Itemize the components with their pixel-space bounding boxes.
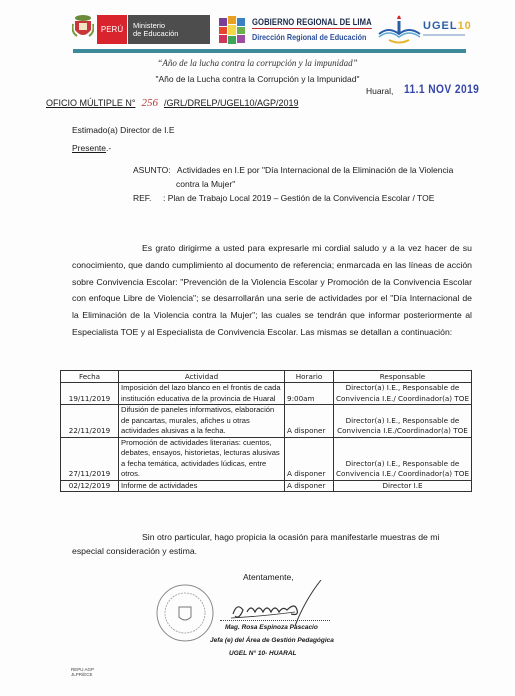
ugel-tagline-rule: [423, 34, 465, 36]
ugel-logo-text: UGEL10: [423, 20, 472, 32]
header-horario: Horario: [285, 371, 334, 383]
peru-label: PERÚ: [101, 25, 123, 34]
cell-fecha: 27/11/2019: [61, 437, 119, 480]
header-actividad: Actividad: [119, 371, 285, 383]
ref-label: REF.: [133, 193, 163, 203]
ugel-label: UGEL: [423, 20, 458, 32]
signature-icon: [225, 580, 335, 630]
oficio-reference: OFICIO MÚLTIPLE N°256/GRL/DRELP/UGEL10/A…: [46, 97, 299, 109]
recipient: Estimado(a) Director de I.E: [72, 125, 175, 135]
presente-suffix: .-: [106, 143, 111, 153]
cell-responsable: Director(a) I.E., Responsable de Convive…: [334, 405, 472, 438]
cell-actividad: Informe de actividades: [119, 480, 285, 492]
year-motto-italic: “Año de la lucha contra la corrupción y …: [0, 58, 515, 68]
table-header-row: Fecha Actividad Horario Responsable: [61, 371, 472, 383]
ugel-number: 10: [458, 20, 472, 32]
cell-horario: A disponer: [285, 480, 334, 492]
closing-paragraph: Sin otro particular, hago propicia la oc…: [72, 530, 472, 558]
ministry-brand-box: Ministerio de Educación: [128, 15, 210, 44]
cell-responsable: Director(a) I.E., Responsable de Convive…: [334, 437, 472, 480]
peru-brand-box: PERÚ: [97, 15, 127, 44]
footer-ref-line2: JLPR/ECE: [71, 672, 94, 677]
oficio-number: 256: [135, 97, 164, 109]
body-paragraph: Es grato dirigirme a usted para expresar…: [72, 240, 472, 341]
signatory-role: Jefa (e) del Área de Gestión Pedagógica: [210, 637, 334, 644]
reference: REF.: Plan de Trabajo Local 2019 – Gesti…: [133, 193, 434, 203]
asunto-line1: Actividades en I.E por "Día Internaciona…: [177, 165, 453, 175]
official-seal-icon: [155, 583, 215, 643]
cell-responsable: Director(a) I.E., Responsable de Convive…: [334, 383, 472, 405]
cell-fecha: 19/11/2019: [61, 383, 119, 405]
cell-actividad: Promoción de actividades literarias: cue…: [119, 437, 285, 480]
signatory-org: UGEL N° 10- HUARAL: [229, 650, 297, 657]
peru-coat-of-arms-icon: [72, 14, 94, 40]
table-row: 22/11/2019 Difusión de paneles informati…: [61, 405, 472, 438]
cell-actividad: Imposición del lazo blanco en el frontis…: [119, 383, 285, 405]
ugel-book-torch-icon: [377, 12, 422, 45]
oficio-prefix: OFICIO MÚLTIPLE N°: [46, 98, 135, 108]
signatory-name: Mag. Rosa Espinoza Pascacio: [225, 624, 318, 631]
cell-responsable: Director I.E: [334, 480, 472, 492]
ref-text: : Plan de Trabajo Local 2019 – Gestión d…: [163, 193, 434, 203]
signature-line: [220, 620, 330, 621]
table-row: 19/11/2019 Imposición del lazo blanco en…: [61, 383, 472, 405]
place-label: Huaral,: [366, 86, 393, 96]
asunto-label: ASUNTO:: [133, 163, 175, 177]
cell-fecha: 22/11/2019: [61, 405, 119, 438]
header-fecha: Fecha: [61, 371, 119, 383]
oficio-suffix: /GRL/DRELP/UGEL10/AGP/2019: [164, 98, 299, 108]
date-stamp: 11.1 NOV 2019: [404, 82, 479, 96]
direccion-regional-subtitle: Dirección Regional de Educación: [252, 32, 366, 42]
gobierno-regional-title: GOBIERNO REGIONAL DE LIMA: [252, 17, 372, 29]
asunto: ASUNTO: Actividades en I.E por "Día Inte…: [133, 163, 478, 191]
gobierno-regional-logo-icon: [219, 16, 245, 44]
header-divider: [73, 49, 466, 53]
table-row: 27/11/2019 Promoción de actividades lite…: [61, 437, 472, 480]
table-row: 02/12/2019 Informe de actividades A disp…: [61, 480, 472, 492]
asunto-line2: contra la Mujer": [133, 177, 478, 191]
ministry-line2: de Educación: [133, 30, 210, 38]
cell-fecha: 02/12/2019: [61, 480, 119, 492]
footer-reference: REPU AGP JLPR/ECE: [71, 667, 94, 677]
header-responsable: Responsable: [334, 371, 472, 383]
activities-table: Fecha Actividad Horario Responsable 19/1…: [60, 370, 472, 492]
cell-actividad: Difusión de paneles informativos, elabor…: [119, 405, 285, 438]
presente: Presente.-: [72, 143, 111, 153]
cell-horario: 9:00am: [285, 383, 334, 405]
cell-horario: A disponer: [285, 405, 334, 438]
cell-horario: A disponer: [285, 437, 334, 480]
presente-word: Presente: [72, 143, 106, 153]
